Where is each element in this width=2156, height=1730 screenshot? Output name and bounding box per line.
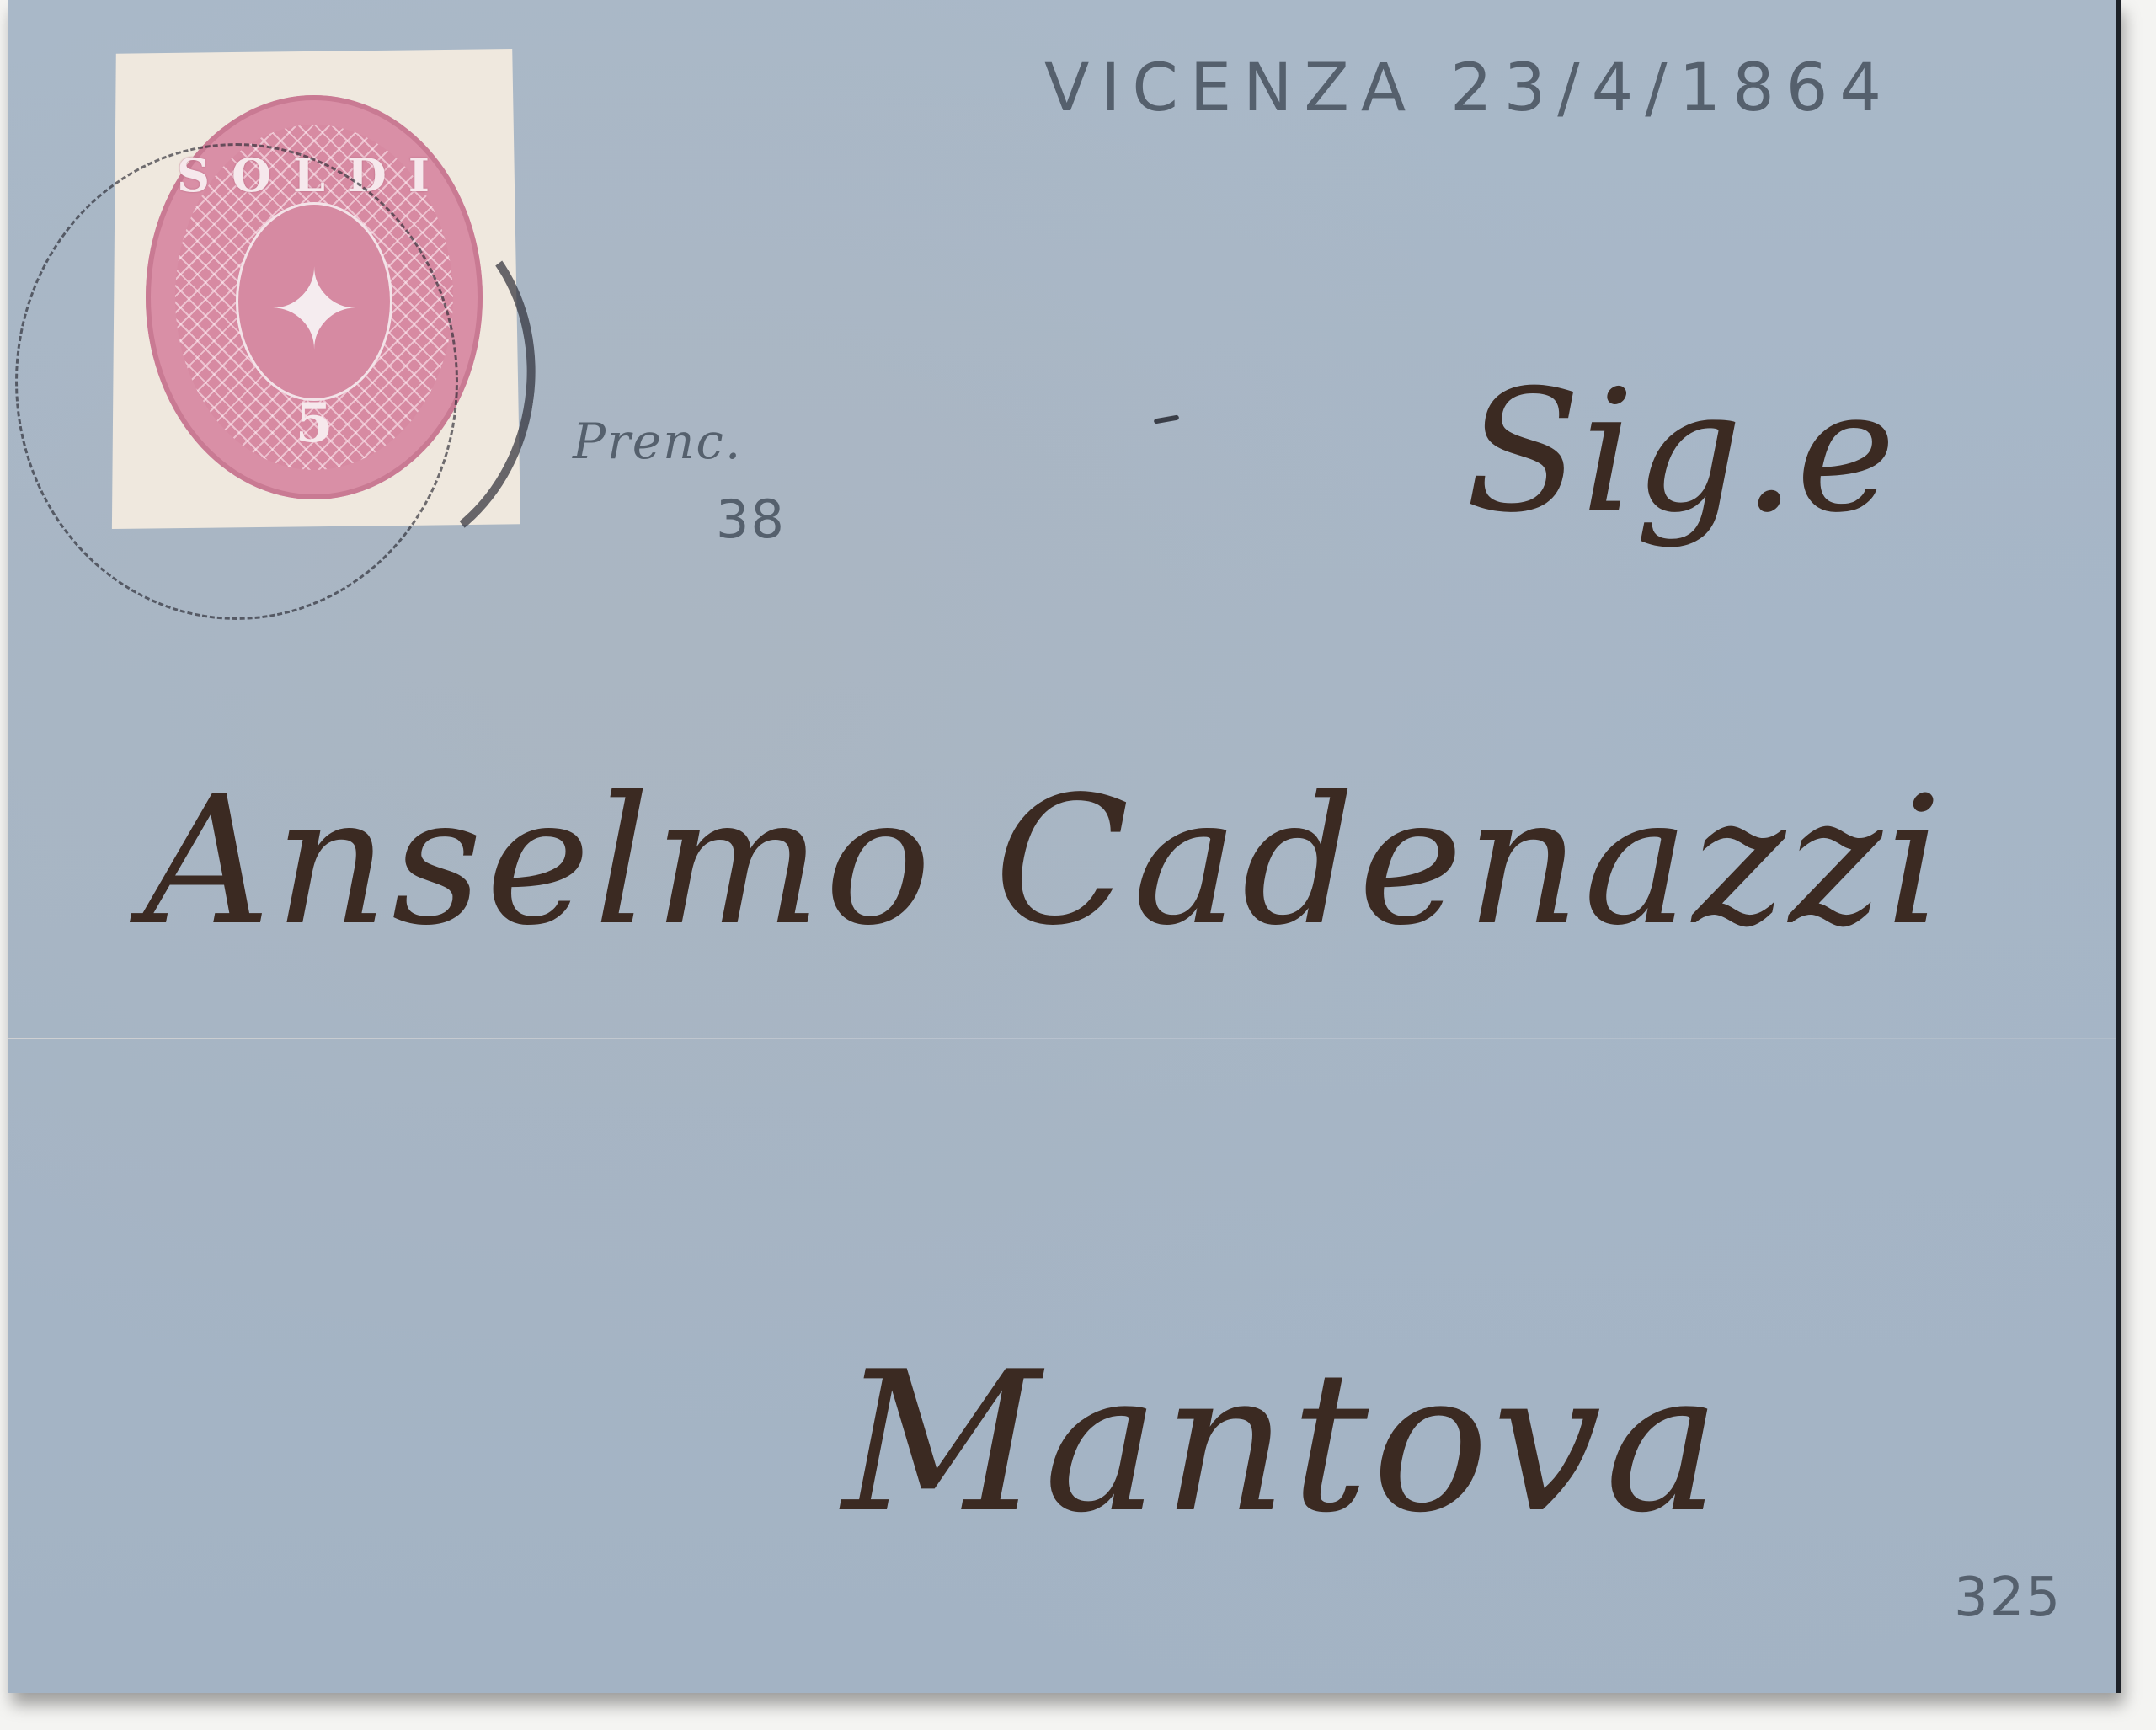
addressee-name: Anselmo Cadenazzi xyxy=(143,758,1945,964)
rate-number: 38 xyxy=(716,489,786,550)
archive-number: 325 xyxy=(1954,1567,2062,1629)
destination-city: Mantova xyxy=(842,1331,1724,1556)
rate-note: Prenc. xyxy=(573,413,742,470)
pencil-date-annotation: VICENZA 23/4/1864 xyxy=(1044,51,1893,126)
fold-crease xyxy=(8,1038,2116,1039)
salutation: Sig.e xyxy=(1465,354,1896,550)
